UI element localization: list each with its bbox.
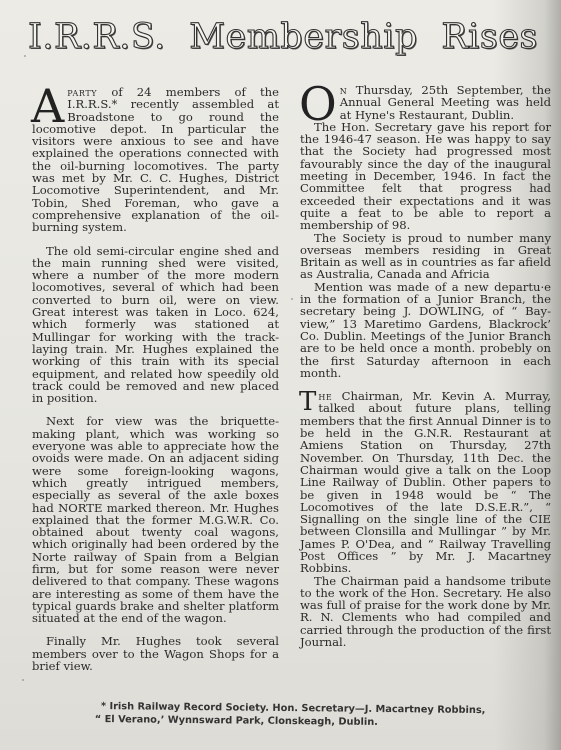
drop-cap: A [31, 88, 64, 124]
title-irrs: I.R.R.S. [28, 20, 166, 55]
article-paragraph: Mention was made of a new departu·e in t… [300, 281, 551, 379]
title-rises: Rises [441, 20, 538, 55]
article-paragraph: Next for view was the briquette-making p… [32, 415, 279, 624]
left-column: Aparty of 24 members of the I.R.R.S.* re… [32, 86, 279, 672]
article-paragraph: The Chairman, Mr. Kevin A. Murray, talke… [300, 390, 551, 574]
article-paragraph: The old semi-circular engine shed and th… [32, 245, 279, 405]
paragraph-text: Chairman, Mr. Kevin A. Murray, talked ab… [300, 389, 551, 575]
drop-cap: O [299, 86, 337, 122]
paragraph-text: Thursday, 25th September, the Annual Gen… [340, 83, 551, 122]
title-membership: Membership [189, 20, 418, 55]
article-paragraph: Finally Mr. Hughes took several members … [32, 635, 279, 672]
paper-speck [291, 298, 293, 300]
article-paragraph: The Society is proud to number many over… [300, 232, 551, 281]
article-paragraph: On Thursday, 25th September, the Annual … [300, 84, 551, 121]
article-paragraph: The Chairman paid a handsome tribute to … [300, 575, 551, 649]
drop-cap: T [299, 391, 316, 413]
footnote: * Irish Railway Record Society. Hon. Sec… [95, 700, 515, 730]
paper-speck [22, 679, 24, 681]
document-page: I.R.R.S. Membership Rises Aparty of 24 m… [0, 0, 561, 750]
right-column: On Thursday, 25th September, the Annual … [300, 84, 551, 648]
paper-speck [24, 55, 26, 57]
article-paragraph: The Hon. Secretary gave his report for t… [300, 121, 551, 232]
page-title: I.R.R.S. Membership Rises [28, 20, 538, 55]
article-paragraph: Aparty of 24 members of the I.R.R.S.* re… [32, 86, 279, 234]
paragraph-text: of 24 members of the I.R.R.S.* recently … [32, 85, 279, 234]
